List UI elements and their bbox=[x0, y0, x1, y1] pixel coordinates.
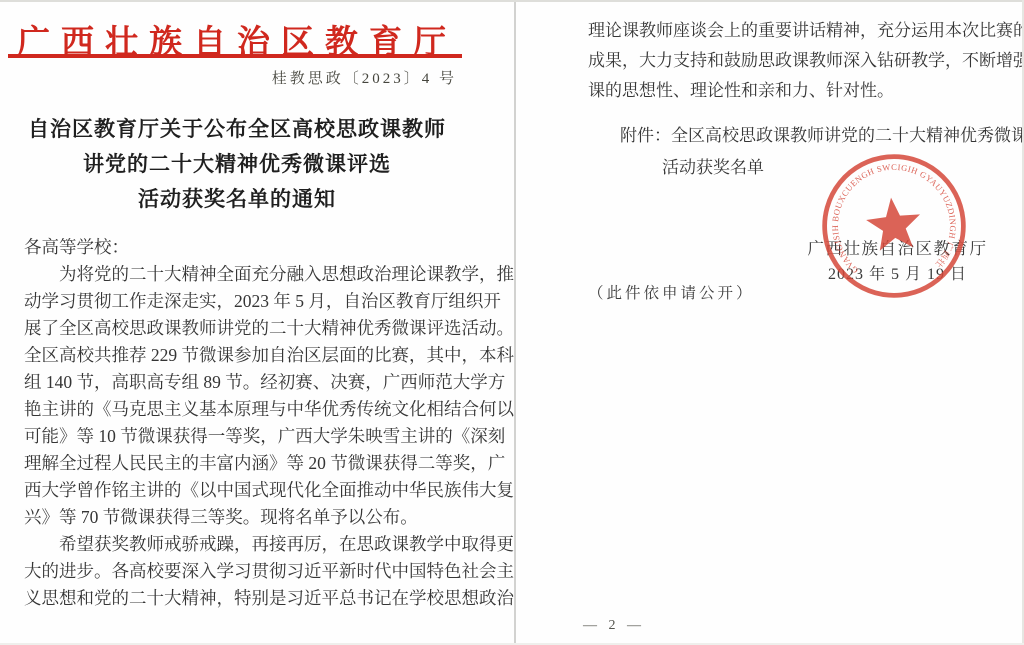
body-line: 西大学曾作铭主讲的《以中国式现代化全面推动中华民族伟大复 bbox=[24, 477, 458, 504]
page1-body: 各高等学校： 为将党的二十大精神全面充分融入思想政治理论课教学，推 动学习贯彻工… bbox=[24, 234, 458, 612]
title-line-2: 讲党的二十大精神优秀微课评选 bbox=[0, 147, 474, 182]
body-line: 义思想和党的二十大精神，特别是习近平总书记在学校思想政治 bbox=[24, 585, 458, 612]
body-line: 课的思想性、理论性和亲和力、针对性。 bbox=[588, 76, 1012, 106]
body-line: 希望获奖教师戒骄戒躁，再接再厉，在思政课教学中取得更 bbox=[24, 531, 458, 558]
page-1: 广西壮族自治区教育厅 桂教思政〔2023〕4 号 自治区教育厅关于公布全区高校思… bbox=[0, 0, 514, 645]
salutation: 各高等学校： bbox=[24, 234, 458, 261]
body-line: 动学习贯彻工作走深走实，2023 年 5 月，自治区教育厅组织开 bbox=[24, 288, 458, 315]
body-line: 成果，大力支持和鼓励思政课教师深入钻研教学，不断增强思政 bbox=[588, 46, 1012, 76]
document-number: 桂教思政〔2023〕4 号 bbox=[0, 67, 457, 88]
body-line: 展了全区高校思政课教师讲党的二十大精神优秀微课评选活动。 bbox=[24, 315, 458, 342]
document-title: 自治区教育厅关于公布全区高校思政课教师 讲党的二十大精神优秀微课评选 活动获奖名… bbox=[0, 112, 474, 217]
body-line: 为将党的二十大精神全面充分融入思想政治理论课教学，推 bbox=[24, 261, 458, 288]
disclosure-note: （此件依申请公开） bbox=[588, 281, 888, 303]
title-line-3: 活动获奖名单的通知 bbox=[0, 182, 474, 217]
body-line: 可能》等 10 节微课获得一等奖，广西大学朱映雪主讲的《深刻 bbox=[24, 423, 458, 450]
seal-star-icon bbox=[864, 195, 923, 252]
body-line: 兴》等 70 节微课获得三等奖。现将名单予以公布。 bbox=[24, 504, 458, 531]
page-2: 理论课教师座谈会上的重要讲话精神，充分运用本次比赛的优秀 成果，大力支持和鼓励思… bbox=[516, 0, 1024, 645]
body-line: 理解全过程人民民主的丰富内涵》等 20 节微课获得二等奖，广 bbox=[24, 450, 458, 477]
page2-body: 理论课教师座谈会上的重要讲话精神，充分运用本次比赛的优秀 成果，大力支持和鼓励思… bbox=[588, 16, 1012, 106]
body-line: 组 140 节，高职高专组 89 节。经初赛、决赛，广西师范大学方 bbox=[24, 369, 458, 396]
header-rule bbox=[8, 54, 462, 58]
body-line: 艳主讲的《马克思主义基本原理与中华优秀传统文化相结合何以 bbox=[24, 396, 458, 423]
body-line: 大的进步。各高校要深入学习贯彻习近平新时代中国特色社会主 bbox=[24, 558, 458, 585]
scan-edge-top bbox=[0, 0, 1024, 2]
page-number: — 2 — bbox=[583, 618, 673, 634]
scanned-document: 广西壮族自治区教育厅 桂教思政〔2023〕4 号 自治区教育厅关于公布全区高校思… bbox=[0, 0, 1024, 645]
title-line-1: 自治区教育厅关于公布全区高校思政课教师 bbox=[0, 112, 474, 147]
body-line: 全区高校共推荐 229 节微课参加自治区层面的比赛，其中，本科 bbox=[24, 342, 458, 369]
body-line: 理论课教师座谈会上的重要讲话精神，充分运用本次比赛的优秀 bbox=[588, 16, 1012, 46]
